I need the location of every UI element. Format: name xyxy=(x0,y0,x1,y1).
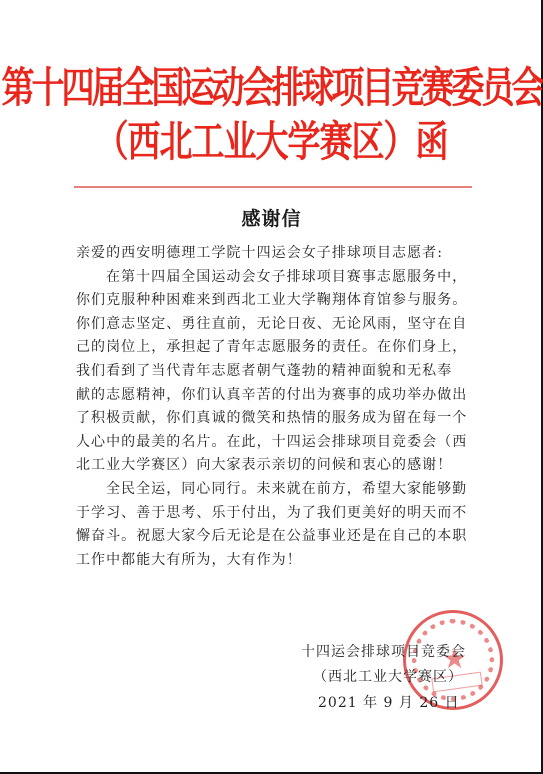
body-line: 我们看到了当代青年志愿者朝气蓬勃的精神面貌和无私奉 xyxy=(76,360,476,384)
body-line: 在第十四届全国运动会女子排球项目赛事志愿服务中， xyxy=(76,266,476,290)
body-line: 于学习、善于思考、乐于付出，为了我们更美好的明天而不 xyxy=(76,502,476,526)
body-line: 工作中都能大有所为，大有作为！ xyxy=(76,549,476,573)
letterhead-title: 第十四届全国运动会排球项目竞赛委员会 xyxy=(0,60,543,116)
body-line: 北工业大学赛区）向大家表示亲切的问候和衷心的感谢！ xyxy=(76,454,476,478)
body-line: 懈奋斗。祝愿大家今后无论是在公益事业还是在自己的本职 xyxy=(76,525,476,549)
letter-body: 亲爱的西安明德理工学院十四运会女子排球项目志愿者: 在第十四届全国运动会女子排球… xyxy=(76,242,476,572)
letterhead-divider xyxy=(74,186,472,188)
body-line: 你们意志坚定、勇往直前，无论日夜、无论风雨，坚守在自 xyxy=(76,313,476,337)
body-line: 了积极贡献，你们真诚的微笑和热情的服务成为留在每一个 xyxy=(76,407,476,431)
letterhead-subtitle: （西北工业大学赛区）函 xyxy=(0,114,543,170)
letter-heading: 感谢信 xyxy=(0,204,543,231)
salutation: 亲爱的西安明德理工学院十四运会女子排球项目志愿者: xyxy=(76,242,476,266)
signature-division: （西北工业大学赛区） xyxy=(313,666,463,686)
body-line: 全民全运，同心同行。未来就在前方，希望大家能够勤 xyxy=(76,478,476,502)
signature-date: 2021 年 9 月 26 日 xyxy=(318,692,460,712)
body-line: 人心中的最美的名片。在此，十四运会排球项目竞委会（西 xyxy=(76,431,476,455)
letter-page: 第十四届全国运动会排球项目竞赛委员会 （西北工业大学赛区）函 感谢信 亲爱的西安… xyxy=(0,0,543,774)
signature-org: 十四运会排球项目竞委会 xyxy=(301,641,466,661)
body-line: 你们克服种种困难来到西北工业大学鞠翔体育馆参与服务。 xyxy=(76,289,476,313)
body-line: 献的志愿精神，你们认真辛苦的付出为赛事的成功举办做出 xyxy=(76,384,476,408)
body-line: 己的岗位上，承担起了青年志愿服务的责任。在你们身上， xyxy=(76,336,476,360)
